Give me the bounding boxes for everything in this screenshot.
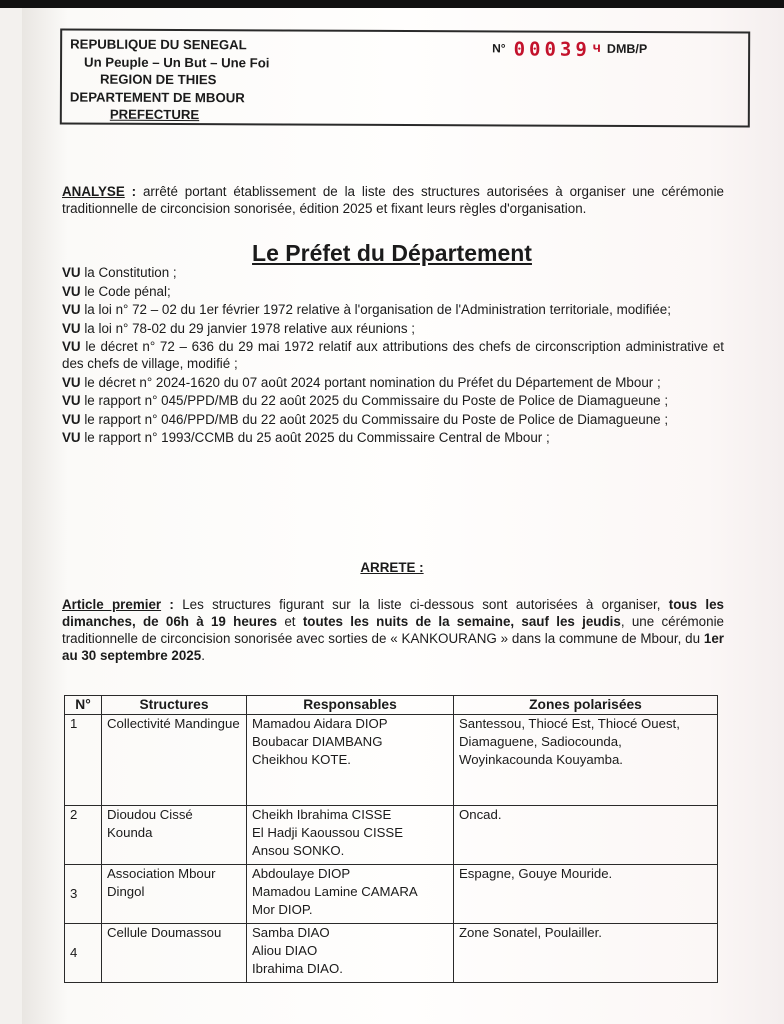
- visa-item: VU le décret n° 72 – 636 du 29 mai 1972 …: [62, 338, 724, 372]
- number-stamp: 00039: [514, 38, 591, 60]
- arrete-heading: ARRETE :: [0, 560, 784, 575]
- visa-prefix: VU: [62, 375, 81, 390]
- cell-structure: Dioudou Cissé Kounda: [102, 806, 247, 865]
- visa-text: le Code pénal;: [81, 284, 171, 299]
- table-row: 1Collectivité MandingueMamadou Aidara DI…: [65, 715, 718, 806]
- article-label: Article premier: [62, 597, 161, 612]
- visa-item: VU la loi n° 72 – 02 du 1er février 1972…: [62, 301, 724, 318]
- cell-responsables: Abdoulaye DIOPMamadou Lamine CAMARAMor D…: [247, 865, 454, 924]
- visa-prefix: VU: [62, 430, 81, 445]
- table-row: 3Association Mbour DingolAbdoulaye DIOPM…: [65, 865, 718, 924]
- visa-prefix: VU: [62, 302, 81, 317]
- visa-text: le rapport n° 1993/CCMB du 25 août 2025 …: [81, 430, 550, 445]
- cell-number: 2: [65, 806, 102, 865]
- header-structures: Structures: [102, 696, 247, 715]
- visa-prefix: VU: [62, 393, 81, 408]
- reference-code: DMB/P: [607, 42, 647, 56]
- analyse-label: ANALYSE: [62, 184, 125, 199]
- top-edge-bar: [0, 0, 784, 8]
- cell-number: 4: [65, 924, 102, 983]
- visa-prefix: VU: [62, 321, 81, 336]
- table-row: 4Cellule DoumassouSamba DIAOAliou DIAOIb…: [65, 924, 718, 983]
- visa-prefix: VU: [62, 339, 81, 354]
- visa-item: VU le rapport n° 046/PPD/MB du 22 août 2…: [62, 411, 724, 428]
- table-row: 2Dioudou Cissé KoundaCheikh Ibrahima CIS…: [65, 806, 718, 865]
- letterhead-authority: REPUBLIQUE DU SENEGAL Un Peuple – Un But…: [70, 36, 270, 124]
- cell-structure: Association Mbour Dingol: [102, 865, 247, 924]
- analyse-paragraph: ANALYSE : arrêté portant établissement d…: [62, 183, 724, 217]
- article-premier: Article premier : Les structures figuran…: [62, 596, 724, 664]
- visa-item: VU le Code pénal;: [62, 283, 724, 300]
- office-name: PREFECTURE: [70, 106, 269, 124]
- visa-text: la loi n° 72 – 02 du 1er février 1972 re…: [81, 302, 671, 317]
- cell-structure: Collectivité Mandingue: [102, 715, 247, 806]
- visa-item: VU la Constitution ;: [62, 264, 724, 281]
- structures-table: N° Structures Responsables Zones polaris…: [64, 695, 718, 983]
- visa-list: VU la Constitution ;VU le Code pénal;VU …: [62, 264, 724, 448]
- visa-text: le rapport n° 046/PPD/MB du 22 août 2025…: [81, 412, 668, 427]
- department-name: DEPARTEMENT DE MBOUR: [70, 88, 269, 106]
- visa-prefix: VU: [62, 265, 81, 280]
- analyse-text: arrêté portant établissement de la liste…: [62, 184, 724, 216]
- visa-text: la Constitution ;: [81, 265, 177, 280]
- header-responsables: Responsables: [247, 696, 454, 715]
- visa-item: VU le rapport n° 045/PPD/MB du 22 août 2…: [62, 392, 724, 409]
- cell-responsables: Samba DIAOAliou DIAOIbrahima DIAO.: [247, 924, 454, 983]
- national-motto: Un Peuple – Un But – Une Foi: [70, 53, 269, 71]
- header-number: N°: [65, 696, 102, 715]
- cell-zones: Santessou, Thiocé Est, Thiocé Ouest, Dia…: [454, 715, 718, 806]
- cell-number: 3: [65, 865, 102, 924]
- visa-prefix: VU: [62, 284, 81, 299]
- stamp-mark: ч: [593, 39, 601, 55]
- country-name: REPUBLIQUE DU SENEGAL: [70, 36, 269, 54]
- visa-item: VU la loi n° 78-02 du 29 janvier 1978 re…: [62, 320, 724, 337]
- visa-text: le rapport n° 045/PPD/MB du 22 août 2025…: [81, 393, 668, 408]
- visa-prefix: VU: [62, 412, 81, 427]
- cell-responsables: Cheikh Ibrahima CISSEEl Hadji Kaoussou C…: [247, 806, 454, 865]
- cell-number: 1: [65, 715, 102, 806]
- table-header-row: N° Structures Responsables Zones polaris…: [65, 696, 718, 715]
- page-title: Le Préfet du Département: [0, 240, 784, 267]
- document-number: N° 00039 ч DMB/P: [492, 38, 647, 61]
- visa-text: le décret n° 2024-1620 du 07 août 2024 p…: [81, 375, 661, 390]
- cell-responsables: Mamadou Aidara DIOPBoubacar DIAMBANGChei…: [247, 715, 454, 806]
- header-zones: Zones polarisées: [454, 696, 718, 715]
- cell-structure: Cellule Doumassou: [102, 924, 247, 983]
- visa-text: la loi n° 78-02 du 29 janvier 1978 relat…: [81, 321, 415, 336]
- visa-item: VU le décret n° 2024-1620 du 07 août 202…: [62, 374, 724, 391]
- visa-text: le décret n° 72 – 636 du 29 mai 1972 rel…: [62, 339, 724, 371]
- cell-zones: Zone Sonatel, Poulailler.: [454, 924, 718, 983]
- region-name: REGION DE THIES: [70, 71, 269, 89]
- visa-item: VU le rapport n° 1993/CCMB du 25 août 20…: [62, 429, 724, 446]
- letterhead-box: REPUBLIQUE DU SENEGAL Un Peuple – Un But…: [60, 28, 750, 127]
- number-label: N°: [492, 41, 506, 55]
- cell-zones: Espagne, Gouye Mouride.: [454, 865, 718, 924]
- cell-zones: Oncad.: [454, 806, 718, 865]
